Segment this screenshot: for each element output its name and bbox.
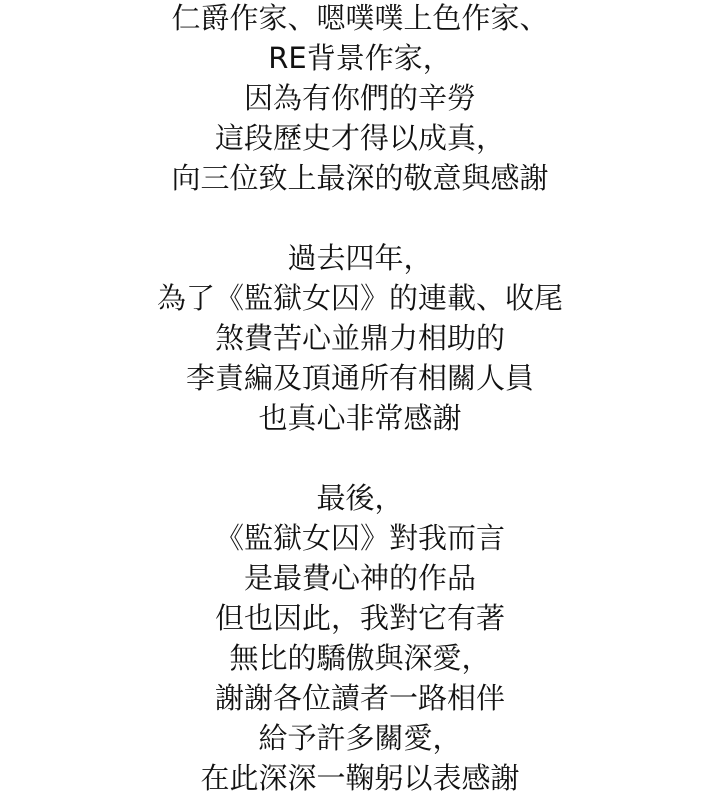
text-line: 煞費苦心並鼎力相助的 — [0, 318, 720, 358]
text-line: 因為有你們的辛勞 — [0, 78, 720, 118]
text-line: 最後， — [0, 478, 720, 518]
text-line: 也真心非常感謝 — [0, 398, 720, 438]
text-line: 在此深深一鞠躬以表感謝 — [0, 758, 720, 798]
stanza-thanks-readers: 最後， 《監獄女囚》對我而言 是最費心神的作品 但也因此，我對它有著 無比的驕傲… — [0, 478, 720, 798]
text-line: 無比的驕傲與深愛， — [0, 638, 720, 678]
text-line: 是最費心神的作品 — [0, 558, 720, 598]
text-line: 給予許多關愛， — [0, 718, 720, 758]
text-line: 但也因此，我對它有著 — [0, 598, 720, 638]
stanza-thanks-artists: 仁爵作家、嗯噗噗上色作家、 RE背景作家， 因為有你們的辛勞 這段歷史才得以成真… — [0, 0, 720, 198]
text-line: RE背景作家， — [0, 38, 720, 78]
text-line: 《監獄女囚》對我而言 — [0, 518, 720, 558]
stanza-thanks-editors: 過去四年， 為了《監獄女囚》的連載、收尾 煞費苦心並鼎力相助的 李責編及頂通所有… — [0, 238, 720, 438]
text-line: 這段歷史才得以成真， — [0, 118, 720, 158]
text-line: 謝謝各位讀者一路相伴 — [0, 678, 720, 718]
text-line: 仁爵作家、嗯噗噗上色作家、 — [0, 0, 720, 38]
text-line: 為了《監獄女囚》的連載、收尾 — [0, 278, 720, 318]
text-line: 李責編及頂通所有相關人員 — [0, 358, 720, 398]
afterword-page: 仁爵作家、嗯噗噗上色作家、 RE背景作家， 因為有你們的辛勞 這段歷史才得以成真… — [0, 0, 720, 798]
text-line: 過去四年， — [0, 238, 720, 278]
text-line: 向三位致上最深的敬意與感謝 — [0, 158, 720, 198]
